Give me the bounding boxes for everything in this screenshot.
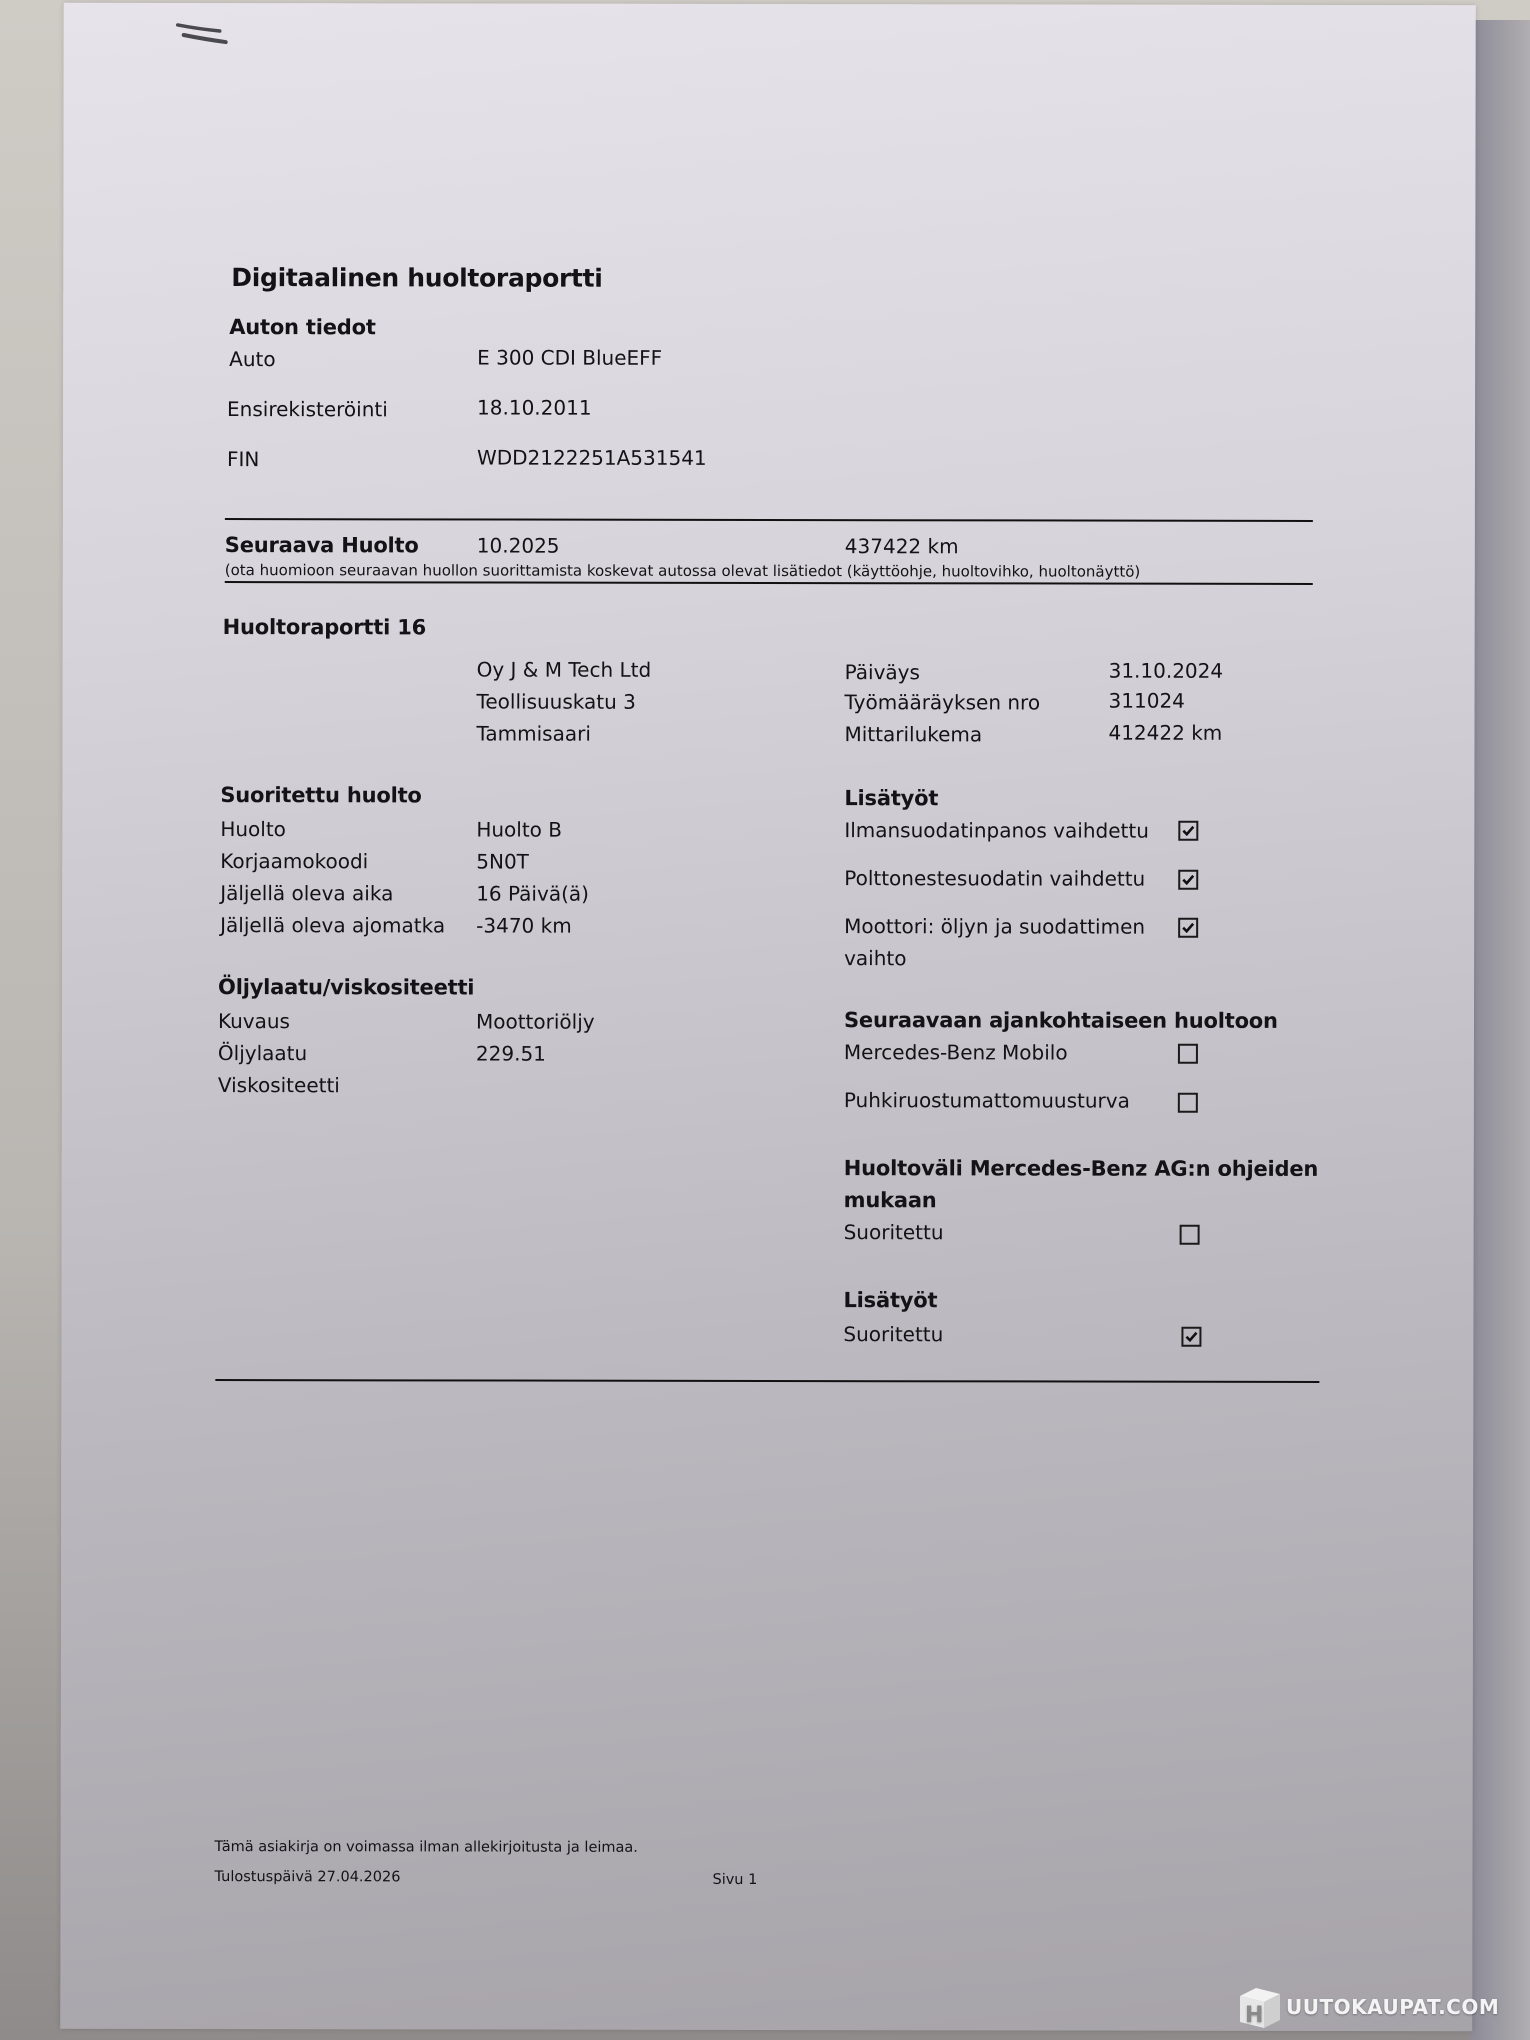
divider-bottom <box>225 581 1313 585</box>
pen-mark-icon <box>174 21 244 51</box>
mobilo-checkbox[interactable] <box>1178 1044 1198 1064</box>
svg-text:H: H <box>1245 2003 1264 2028</box>
rust-warranty-checkbox[interactable] <box>1178 1093 1198 1113</box>
oil-change-checkbox[interactable] <box>1178 918 1198 938</box>
report-heading: Huoltoraportti 16 <box>223 615 426 639</box>
interval-performed-label: Suoritettu <box>844 1220 944 1244</box>
viscosity-label: Viskositeetti <box>218 1073 340 1097</box>
remaining-time-label: Jäljellä oleva aika <box>220 881 393 905</box>
divider-top <box>225 518 1313 522</box>
fin-label: FIN <box>227 447 259 471</box>
date-label: Päiväys <box>845 660 920 684</box>
additional-work-2-heading: Lisätyöt <box>843 1288 937 1312</box>
date-value: 31.10.2024 <box>1109 659 1224 683</box>
oil-quality-value: 229.51 <box>476 1041 546 1065</box>
fuel-filter-checkbox[interactable] <box>1178 870 1198 890</box>
oil-heading: Öljylaatu/viskositeetti <box>218 975 474 999</box>
remaining-distance-label: Jäljellä oleva ajomatka <box>220 913 445 937</box>
oil-quality-label: Öljylaatu <box>218 1041 307 1065</box>
service-type-label: Huolto <box>220 817 286 841</box>
service-report-page: Digitaalinen huoltoraportti Auton tiedot… <box>60 3 1476 2031</box>
checkmark-icon <box>1181 921 1195 935</box>
air-filter-checkbox[interactable] <box>1178 821 1198 841</box>
next-service-note: (ota huomioon seuraavan huollon suoritta… <box>225 561 1141 581</box>
workshop-code-value: 5N0T <box>476 849 529 873</box>
odometer-value: 412422 km <box>1108 721 1222 745</box>
oil-change-label-line2: vaihto <box>844 946 906 970</box>
background-shadow <box>1470 20 1530 2040</box>
workshop-city: Tammisaari <box>476 721 590 745</box>
next-service-date: 10.2025 <box>477 533 560 557</box>
page-number: Sivu 1 <box>712 1872 757 1888</box>
interval-performed-checkbox[interactable] <box>1180 1225 1200 1245</box>
interval-heading-line2: mukaan <box>844 1188 937 1212</box>
service-type-value: Huolto B <box>476 817 562 841</box>
additional-work-2-performed-label: Suoritettu <box>843 1322 943 1346</box>
checkmark-icon <box>1181 873 1195 887</box>
watermark-text: UUTOKAUPAT.COM <box>1286 1995 1499 2019</box>
air-filter-label: Ilmansuodatinpanos vaihdettu <box>844 818 1149 843</box>
validity-note: Tämä asiakirja on voimassa ilman allekir… <box>215 1839 638 1856</box>
workshop-code-label: Korjaamokoodi <box>220 849 368 873</box>
remaining-distance-value: -3470 km <box>476 913 572 937</box>
page-title: Digitaalinen huoltoraportti <box>231 263 602 293</box>
next-current-service-heading: Seuraavaan ajankohtaiseen huoltoon <box>844 1008 1278 1033</box>
box-logo-icon: H <box>1236 1984 1284 2030</box>
work-order-value: 311024 <box>1109 689 1185 713</box>
print-date: Tulostuspäivä 27.04.2026 <box>214 1869 400 1885</box>
checkmark-icon <box>1181 824 1195 838</box>
work-order-label: Työmääräyksen nro <box>845 690 1041 714</box>
fin-value: WDD2122251A531541 <box>477 445 707 469</box>
remaining-time-value: 16 Päivä(ä) <box>476 881 589 905</box>
rust-warranty-label: Puhkiruostumattomuusturva <box>844 1088 1130 1112</box>
checkmark-icon <box>1184 1330 1198 1344</box>
next-service-label: Seuraava Huolto <box>225 533 419 557</box>
oil-description-value: Moottoriöljy <box>476 1009 595 1033</box>
car-info-heading: Auton tiedot <box>229 315 376 339</box>
next-service-mileage: 437422 km <box>845 534 959 558</box>
car-model-label: Auto <box>229 347 275 371</box>
performed-service-heading: Suoritettu huolto <box>220 783 421 807</box>
odometer-label: Mittarilukema <box>844 722 982 746</box>
first-registration-value: 18.10.2011 <box>477 395 592 419</box>
oil-description-label: Kuvaus <box>218 1009 290 1033</box>
watermark-logo: H UUTOKAUPAT.COM <box>1236 1985 1499 2029</box>
mobilo-label: Mercedes-Benz Mobilo <box>844 1040 1068 1064</box>
car-model-value: E 300 CDI BlueEFF <box>477 345 662 369</box>
first-registration-label: Ensirekisteröinti <box>227 397 388 421</box>
workshop-name: Oy J & M Tech Ltd <box>477 657 652 681</box>
oil-change-label-line1: Moottori: öljyn ja suodattimen <box>844 914 1145 939</box>
interval-heading-line1: Huoltoväli Mercedes-Benz AG:n ohjeiden <box>844 1156 1318 1181</box>
additional-work-heading: Lisätyöt <box>844 786 938 810</box>
fuel-filter-label: Polttonestesuodatin vaihdettu <box>844 866 1145 891</box>
divider-end <box>215 1379 1319 1383</box>
workshop-street: Teollisuuskatu 3 <box>477 689 636 713</box>
additional-work-2-checkbox[interactable] <box>1181 1327 1201 1347</box>
